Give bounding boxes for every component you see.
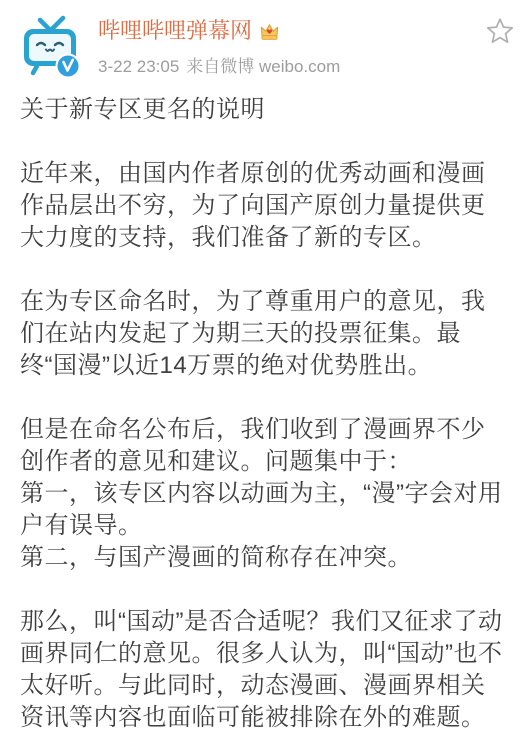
post-body: 关于新专区更名的说明 近年来，由国内作者原创的优秀动画和漫画作品层出不穷，为了向…	[0, 80, 526, 734]
username[interactable]: 哔哩哔哩弹幕网	[98, 19, 252, 43]
vip-crown-icon	[259, 22, 280, 41]
post-paragraph: 但是在命名公布后，我们收到了漫画界不少创作者的意见和建议。问题集中于： 第一，该…	[20, 414, 506, 574]
post-paragraph: 那么，叫“国动”是否合适呢？我们又征求了动画界同仁的意见。很多人认为，叫“国动”…	[20, 606, 506, 734]
verified-badge-icon	[57, 55, 80, 78]
post-paragraph: 近年来，由国内作者原创的优秀动画和漫画作品层出不穷，为了向国产原创力量提供更大力…	[20, 158, 506, 254]
post-title: 关于新专区更名的说明	[20, 94, 506, 126]
avatar[interactable]	[16, 12, 84, 80]
post-meta: 3-22 23:05来自微博 weibo.com	[98, 52, 510, 77]
favorite-star-icon[interactable]	[485, 16, 515, 46]
post-paragraph: 在为专区命名时，为了尊重用户的意见，我们在站内发起了为期三天的投票征集。最终“国…	[20, 286, 506, 382]
post-timestamp: 3-22 23:05	[98, 57, 179, 76]
weibo-post: 哔哩哔哩弹幕网 3-22 23:05来自微博 weibo.com 关于新专区更名…	[0, 0, 526, 734]
post-source-link[interactable]: 来自微博 weibo.com	[186, 57, 340, 76]
post-header: 哔哩哔哩弹幕网 3-22 23:05来自微博 weibo.com	[0, 0, 526, 80]
bilibili-tv-logo-icon	[16, 12, 84, 80]
header-meta: 哔哩哔哩弹幕网 3-22 23:05来自微博 weibo.com	[98, 12, 510, 77]
